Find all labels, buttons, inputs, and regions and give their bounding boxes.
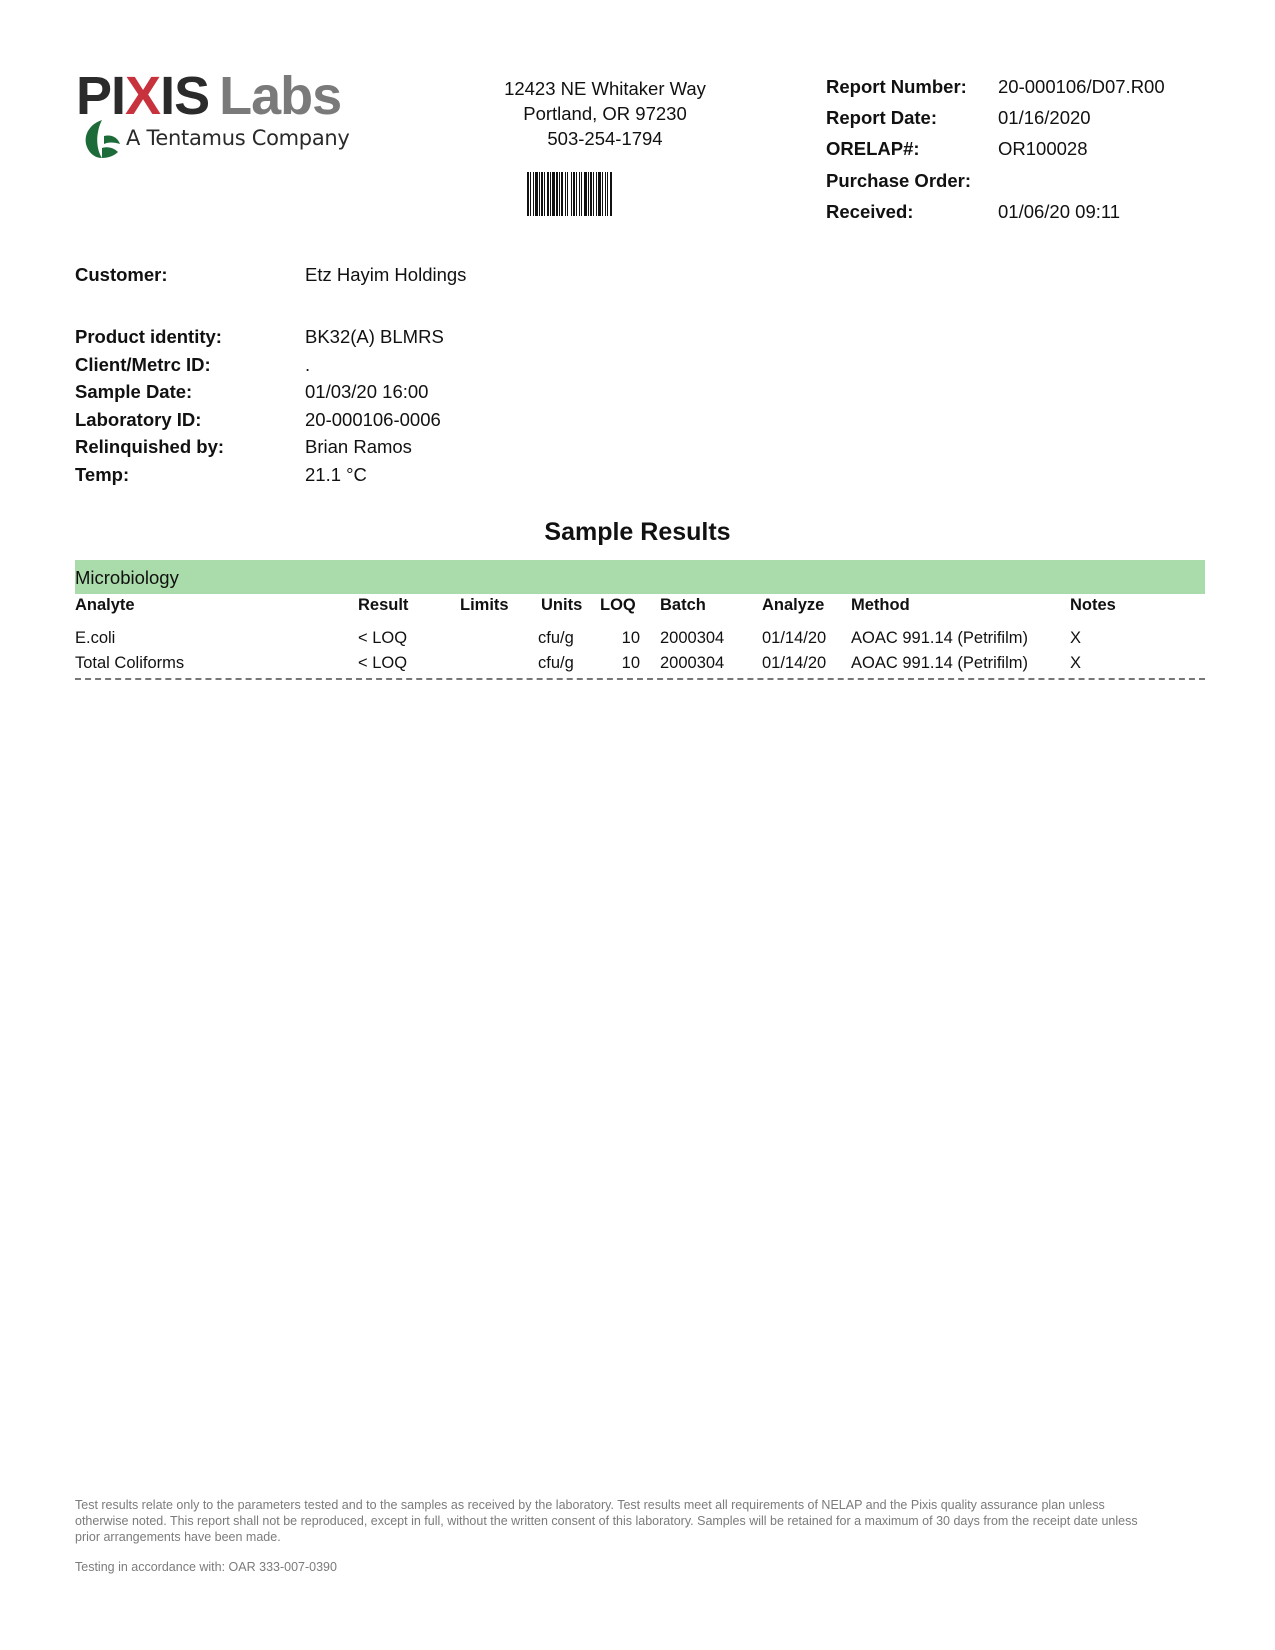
- info-label: Sample Date:: [75, 381, 192, 403]
- info-value: 21.1 °C: [305, 464, 367, 486]
- info-label: Client/Metrc ID:: [75, 354, 211, 376]
- logo-wordmark: PIXISLabs: [76, 68, 341, 124]
- compliance-text: Testing in accordance with: OAR 333-007-…: [75, 1560, 337, 1574]
- info-label: Laboratory ID:: [75, 409, 201, 431]
- section-label: Microbiology: [75, 567, 179, 589]
- info-value: Brian Ramos: [305, 436, 412, 458]
- column-header-notes: Notes: [1070, 596, 1116, 615]
- meta-label: Report Date:: [826, 107, 937, 129]
- table-divider: [75, 678, 1205, 680]
- customer-label: Customer:: [75, 264, 168, 286]
- disclaimer-text: Test results relate only to the paramete…: [75, 1497, 1155, 1545]
- info-value: .: [305, 354, 310, 376]
- info-label: Relinquished by:: [75, 436, 224, 458]
- address-street: 12423 NE Whitaker Way: [480, 76, 730, 101]
- column-header-analyze: Analyze: [762, 596, 824, 615]
- meta-value: 20-000106/D07.R00: [998, 76, 1165, 98]
- customer-value: Etz Hayim Holdings: [305, 264, 466, 286]
- cell-units: cfu/g: [538, 629, 574, 648]
- cell-result: < LOQ: [358, 654, 407, 673]
- cell-method: AOAC 991.14 (Petrifilm): [851, 654, 1028, 673]
- meta-label: ORELAP#:: [826, 138, 920, 160]
- barcode-icon: [527, 172, 669, 216]
- cell-notes: X: [1070, 629, 1081, 648]
- info-label: Product identity:: [75, 326, 222, 348]
- tentamus-leaf-icon: [82, 118, 122, 160]
- address-phone: 503-254-1794: [480, 126, 730, 151]
- section-title: Sample Results: [0, 518, 1275, 547]
- meta-value: 01/16/2020: [998, 107, 1091, 129]
- column-header-analyte: Analyte: [75, 596, 135, 615]
- cell-result: < LOQ: [358, 629, 407, 648]
- cell-analyte: E.coli: [75, 629, 115, 648]
- logo-tagline: A Tentamus Company: [126, 126, 350, 150]
- cell-loq: 10: [598, 629, 640, 648]
- column-header-loq: LOQ: [600, 596, 636, 615]
- section-header-microbiology: Microbiology: [75, 560, 1205, 594]
- cell-method: AOAC 991.14 (Petrifilm): [851, 629, 1028, 648]
- address-city: Portland, OR 97230: [480, 101, 730, 126]
- cell-units: cfu/g: [538, 654, 574, 673]
- cell-analyze: 01/14/20: [762, 629, 826, 648]
- cell-analyze: 01/14/20: [762, 654, 826, 673]
- meta-label: Received:: [826, 201, 913, 223]
- meta-value: 01/06/20 09:11: [998, 201, 1120, 223]
- column-header-limits: Limits: [460, 596, 509, 615]
- company-logo: PIXISLabs A Tentamus Company: [76, 68, 376, 163]
- cell-batch: 2000304: [660, 629, 724, 648]
- meta-value: OR100028: [998, 138, 1087, 160]
- lab-address: 12423 NE Whitaker Way Portland, OR 97230…: [480, 76, 730, 151]
- info-value: 01/03/20 16:00: [305, 381, 428, 403]
- cell-batch: 2000304: [660, 654, 724, 673]
- meta-label: Purchase Order:: [826, 170, 971, 192]
- cell-analyte: Total Coliforms: [75, 654, 184, 673]
- cell-loq: 10: [598, 654, 640, 673]
- column-header-batch: Batch: [660, 596, 706, 615]
- info-value: 20-000106-0006: [305, 409, 441, 431]
- info-value: BK32(A) BLMRS: [305, 326, 444, 348]
- cell-notes: X: [1070, 654, 1081, 673]
- column-header-method: Method: [851, 596, 910, 615]
- info-label: Temp:: [75, 464, 129, 486]
- meta-label: Report Number:: [826, 76, 967, 98]
- column-header-units: Units: [541, 596, 582, 615]
- column-header-result: Result: [358, 596, 408, 615]
